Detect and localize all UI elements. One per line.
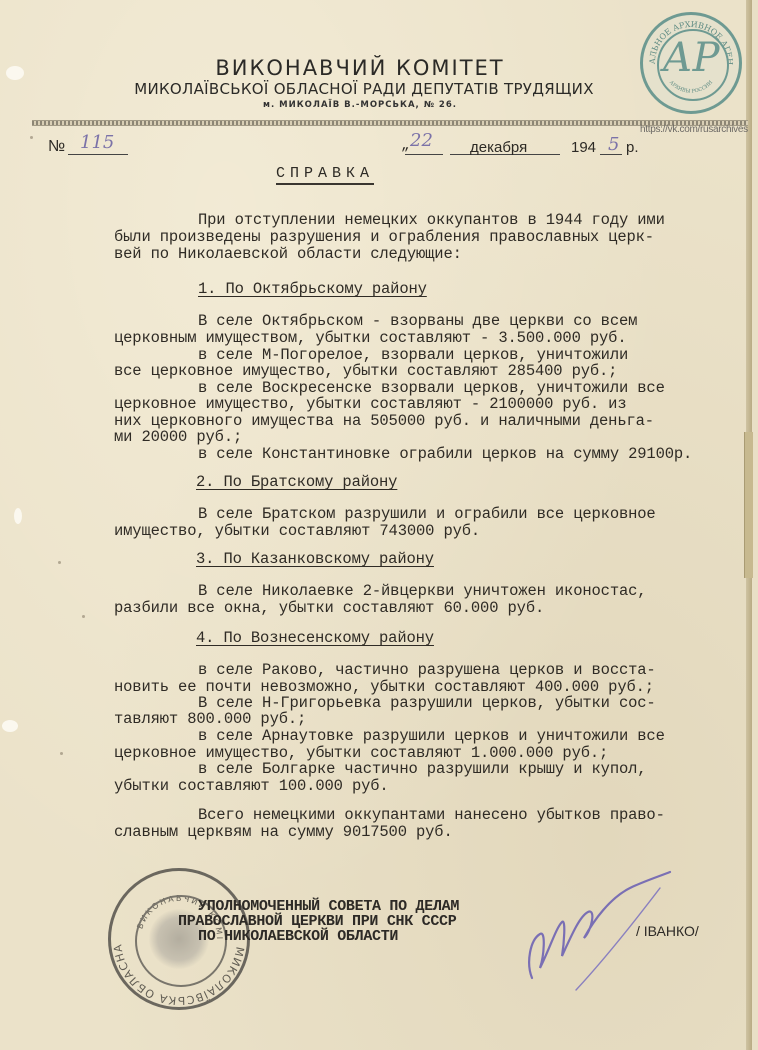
document-number: 115	[80, 132, 114, 153]
date-day-underline	[405, 154, 443, 155]
number-label: №	[48, 138, 65, 156]
paper-speck	[82, 615, 85, 618]
date-suffix: р.	[626, 139, 639, 156]
letterhead-title: ВИКОНАВЧИЙ КОМІТЕТ	[0, 56, 720, 80]
section-line: них церковного имущества на 505000 руб. …	[114, 413, 654, 429]
section-line: церковное имущество, убытки составляют -…	[114, 396, 627, 412]
watermark-url: https://vk.com/rusarchives	[640, 124, 748, 135]
section-line: В селе Н-Григорьевка разрушили церков, у…	[198, 695, 656, 711]
date-day: 22	[410, 130, 433, 151]
date-year-digit: 5	[608, 134, 619, 155]
section-heading: 1. По Октябрьскому району	[198, 281, 427, 297]
document-title: СПРАВКА	[276, 165, 374, 185]
section-line: в селе Болгарке частично разрушили крышу…	[198, 761, 646, 777]
number-underline	[68, 154, 128, 155]
section-line: в селе М-Погорелое, взорвали церков, уни…	[198, 347, 628, 363]
section-line: церковное имущество, убытки составляют 1…	[114, 745, 608, 761]
section-line: убытки составляют 100.000 руб.	[114, 778, 389, 794]
section-line: В селе Николаевке 2-йвцеркви уничтожен и…	[198, 583, 646, 599]
section-line: разбили все окна, убытки составляют 60.0…	[114, 600, 544, 616]
section-line: в селе Раково, частично разрушена церков…	[198, 662, 656, 678]
signer-name: / ІВАНКО/	[636, 923, 699, 939]
section-line: тавляют 800.000 руб.;	[114, 711, 306, 727]
intro-line: были произведены разрушения и ограбления…	[114, 229, 654, 245]
section-line: новить ее почти невозможно, убытки соста…	[114, 679, 654, 695]
date-month: декабря	[470, 139, 527, 156]
paper-speck	[30, 136, 33, 139]
total-line: славным церквям на сумму 9017500 руб.	[114, 824, 453, 840]
archive-seal-icon: ФЕДЕРАЛЬНОЕ АРХИВНОЕ АГЕНТСТВО АРХИВЫ РО…	[640, 12, 742, 114]
section-line: имущество, убытки составляют 743000 руб.	[114, 523, 480, 539]
section-line: все церковное имущество, убытки составля…	[114, 363, 617, 379]
total-line: Всего немецкими оккупантами нанесено убы…	[198, 807, 665, 823]
section-line: ми 20000 руб.;	[114, 429, 242, 445]
paper-hole	[2, 720, 18, 732]
date-year-prefix: 194	[571, 139, 596, 156]
letterhead-subtitle: МИКОЛАЇВСЬКОЇ ОБЛАСНОЇ РАДИ ДЕПУТАТІВ ТР…	[84, 80, 644, 98]
section-line: В селе Октябрьском - взорваны две церкви…	[198, 313, 637, 329]
section-line: В селе Братском разрушили и ограбили все…	[198, 506, 656, 522]
page-edge-tab	[744, 432, 753, 578]
section-line: в селе Арнаутовке разрушили церков и уни…	[198, 728, 665, 744]
document-page: ВИКОНАВЧИЙ КОМІТЕТ МИКОЛАЇВСЬКОЇ ОБЛАСНО…	[0, 0, 752, 1050]
section-heading: 4. По Вознесенскому району	[196, 630, 434, 646]
intro-line: вей по Николаевской области следующие:	[114, 246, 462, 262]
paper-speck	[60, 752, 63, 755]
signature-title-line: ПО НИКОЛАЕВСКОЙ ОБЛАСТИ	[198, 928, 398, 945]
paper-hole	[14, 508, 22, 524]
section-heading: 2. По Братскому району	[196, 474, 397, 490]
paper-speck	[58, 561, 61, 564]
section-heading: 3. По Казанковскому району	[196, 551, 434, 567]
letterhead-address: м. МИКОЛАЇВ В.-МОРСЬКА, № 26.	[0, 100, 720, 110]
date-open-quote: „	[401, 138, 409, 154]
section-line: в селе Константиновке ограбили церков на…	[198, 446, 692, 462]
archive-monogram: АР	[643, 35, 739, 81]
intro-line: При отступлении немецких оккупантов в 19…	[198, 212, 665, 228]
section-line: церковным имуществом, убытки составляют …	[114, 330, 627, 346]
section-line: в селе Воскресенске взорвали церков, уни…	[198, 380, 665, 396]
